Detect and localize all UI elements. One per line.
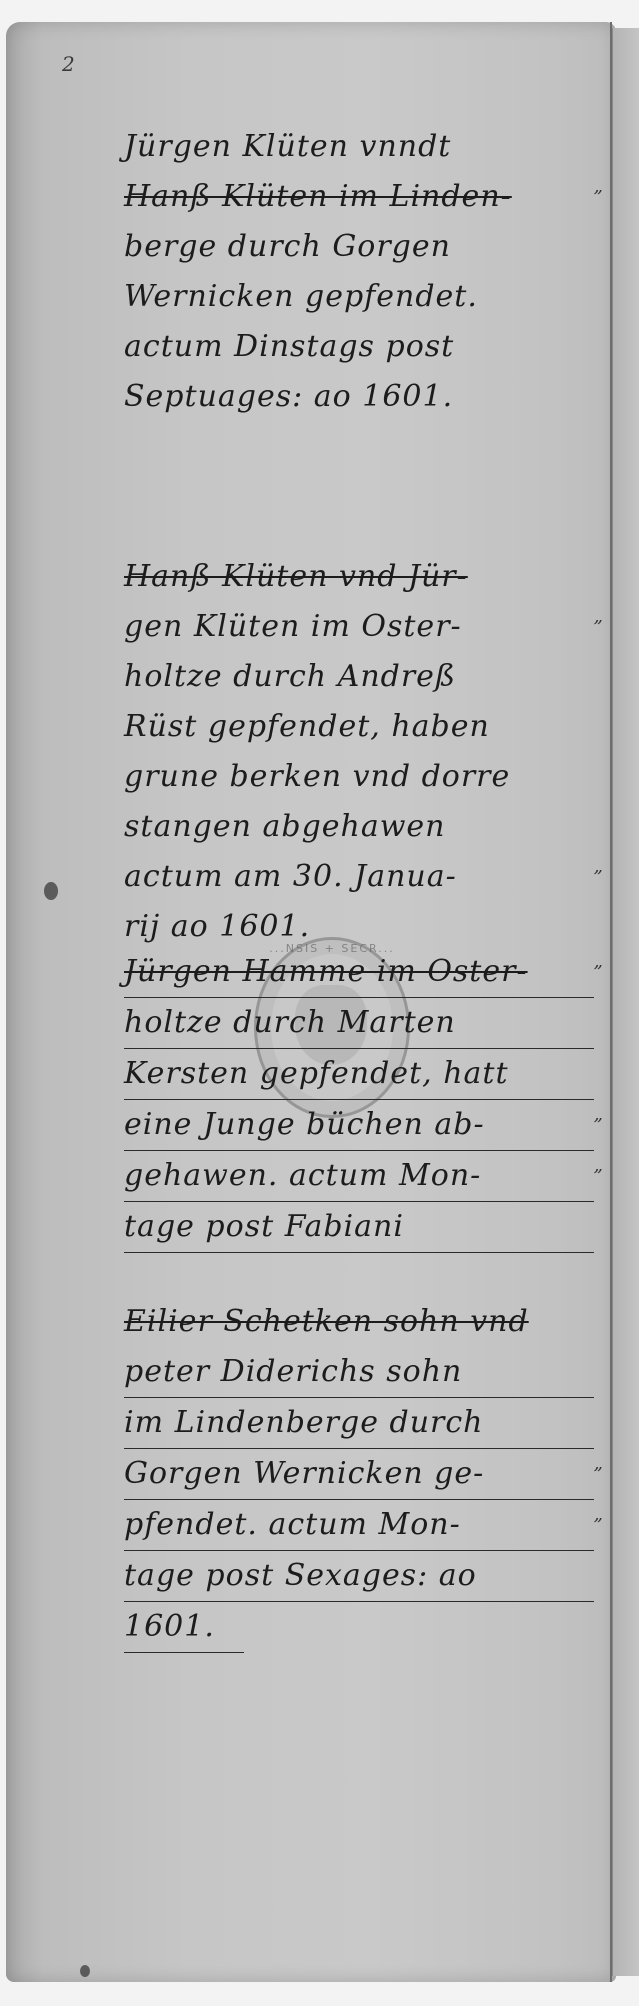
manuscript-line: 1601. <box>124 1602 244 1653</box>
manuscript-line: pfendet. actum Mon- <box>124 1500 594 1551</box>
manuscript-line: peter Diderichs sohn <box>124 1347 594 1398</box>
manuscript-line: eine Junge büchen ab- <box>124 1100 594 1151</box>
manuscript-line: Septuages: ao 1601. <box>124 372 594 422</box>
manuscript-line: tage post Fabiani <box>124 1202 594 1253</box>
manuscript-line-struck: Eilier Schetken sohn vnd <box>124 1297 594 1347</box>
ink-stain <box>80 1965 90 1977</box>
adjacent-page-edge <box>612 28 639 1976</box>
manuscript-line: gen Klüten im Oster- <box>124 602 594 652</box>
manuscript-line: holtze durch Marten <box>124 998 594 1049</box>
manuscript-line-struck: Hanß Klüten vnd Jür- <box>124 552 594 602</box>
record-entry: Jürgen Klüten vnndt Hanß Klüten im Linde… <box>124 122 594 422</box>
manuscript-line: Jürgen Klüten vnndt <box>124 122 594 172</box>
manuscript-line: grune berken vnd dorre <box>124 752 594 802</box>
manuscript-line: holtze durch Andreß <box>124 652 594 702</box>
manuscript-line: berge durch Gorgen <box>124 222 594 272</box>
manuscript-line-struck: Hanß Klüten im Linden- <box>124 172 594 222</box>
record-entry: Eilier Schetken sohn vnd peter Diderichs… <box>124 1297 594 1653</box>
manuscript-page: 2 ...NSIS + SECR... Jürgen Klüten vnndt … <box>6 22 616 1982</box>
manuscript-line: actum am 30. Janua- <box>124 852 594 902</box>
manuscript-line: tage post Sexages: ao <box>124 1551 594 1602</box>
page-number: 2 <box>62 52 75 76</box>
record-entry: Hanß Klüten vnd Jür- gen Klüten im Oster… <box>124 552 594 952</box>
manuscript-line: Kersten gepfendet, hatt <box>124 1049 594 1100</box>
manuscript-line: Gorgen Wernicken ge- <box>124 1449 594 1500</box>
manuscript-line-struck: Jürgen Hamme im Oster- <box>124 947 594 998</box>
manuscript-line: rij ao 1601. <box>124 902 594 952</box>
manuscript-line: gehawen. actum Mon- <box>124 1151 594 1202</box>
manuscript-line: stangen abgehawen <box>124 802 594 852</box>
manuscript-line: Wernicken gepfendet. <box>124 272 594 322</box>
manuscript-line: im Lindenberge durch <box>124 1398 594 1449</box>
manuscript-line: Rüst gepfendet, haben <box>124 702 594 752</box>
record-entry: Jürgen Hamme im Oster- holtze durch Mart… <box>124 947 594 1253</box>
ink-stain <box>44 882 58 900</box>
manuscript-line: actum Dinstags post <box>124 322 594 372</box>
